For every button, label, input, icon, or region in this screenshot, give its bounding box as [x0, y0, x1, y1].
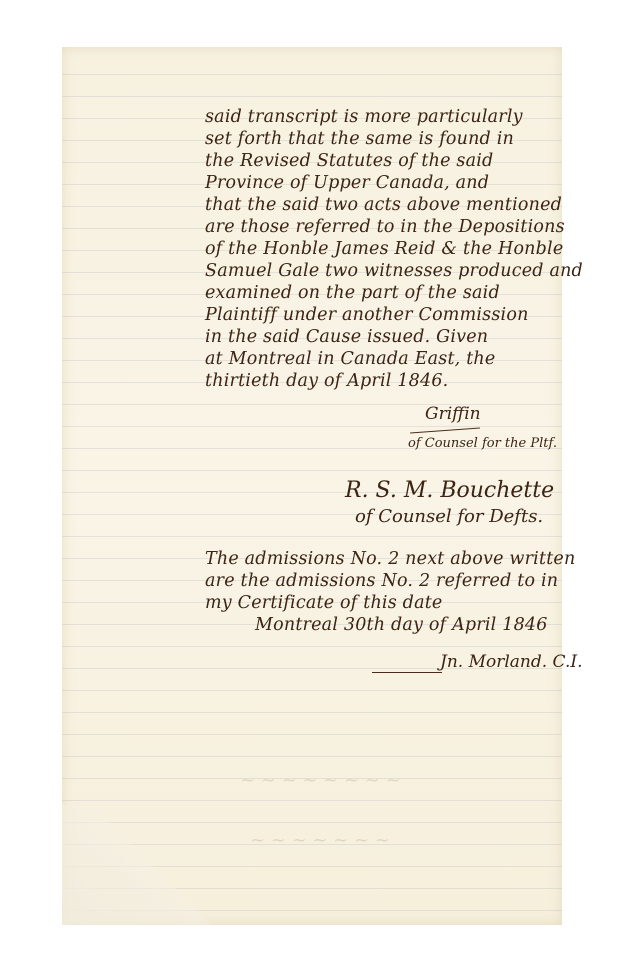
folded-corner — [62, 805, 212, 925]
signature-title-plaintiff: of Counsel for the Pltf. — [408, 436, 557, 451]
body-line: thirtieth day of April 1846. — [205, 370, 583, 392]
body-line: are those referred to in the Depositions — [205, 216, 583, 238]
certificate-body: said transcript is more particularly set… — [205, 106, 583, 392]
body-line: Province of Upper Canada, and — [205, 172, 583, 194]
body-line: of the Honble James Reid & the Honble — [205, 238, 583, 260]
signature-title-defendant: of Counsel for Defts. — [355, 506, 543, 527]
body-line: the Revised Statutes of the said — [205, 150, 583, 172]
signature-bouchette: R. S. M. Bouchette — [345, 478, 554, 503]
admission-line: my Certificate of this date — [205, 592, 575, 614]
signature-griffin: Griffin — [425, 404, 481, 424]
body-line: said transcript is more particularly — [205, 106, 583, 128]
body-line: examined on the part of the said — [205, 282, 583, 304]
admission-line: are the admissions No. 2 referred to in — [205, 570, 575, 592]
signature-morland: Jn. Morland. C.I. — [440, 652, 582, 672]
body-line: in the said Cause issued. Given — [205, 326, 583, 348]
bleed-through-text: ~ ~ ~ ~ ~ ~ ~ — [250, 830, 390, 851]
admission-note: The admissions No. 2 next above written … — [205, 548, 575, 636]
bleed-through-text: ~ ~ ~ ~ ~ ~ ~ ~ — [240, 770, 401, 791]
admission-line: Montreal 30th day of April 1846 — [205, 614, 575, 636]
body-line: Samuel Gale two witnesses produced and — [205, 260, 583, 282]
body-line: that the said two acts above mentioned — [205, 194, 583, 216]
signature-flourish — [372, 672, 442, 673]
body-line: at Montreal in Canada East, the — [205, 348, 583, 370]
body-line: Plaintiff under another Commission — [205, 304, 583, 326]
body-line: set forth that the same is found in — [205, 128, 583, 150]
admission-line: The admissions No. 2 next above written — [205, 548, 575, 570]
